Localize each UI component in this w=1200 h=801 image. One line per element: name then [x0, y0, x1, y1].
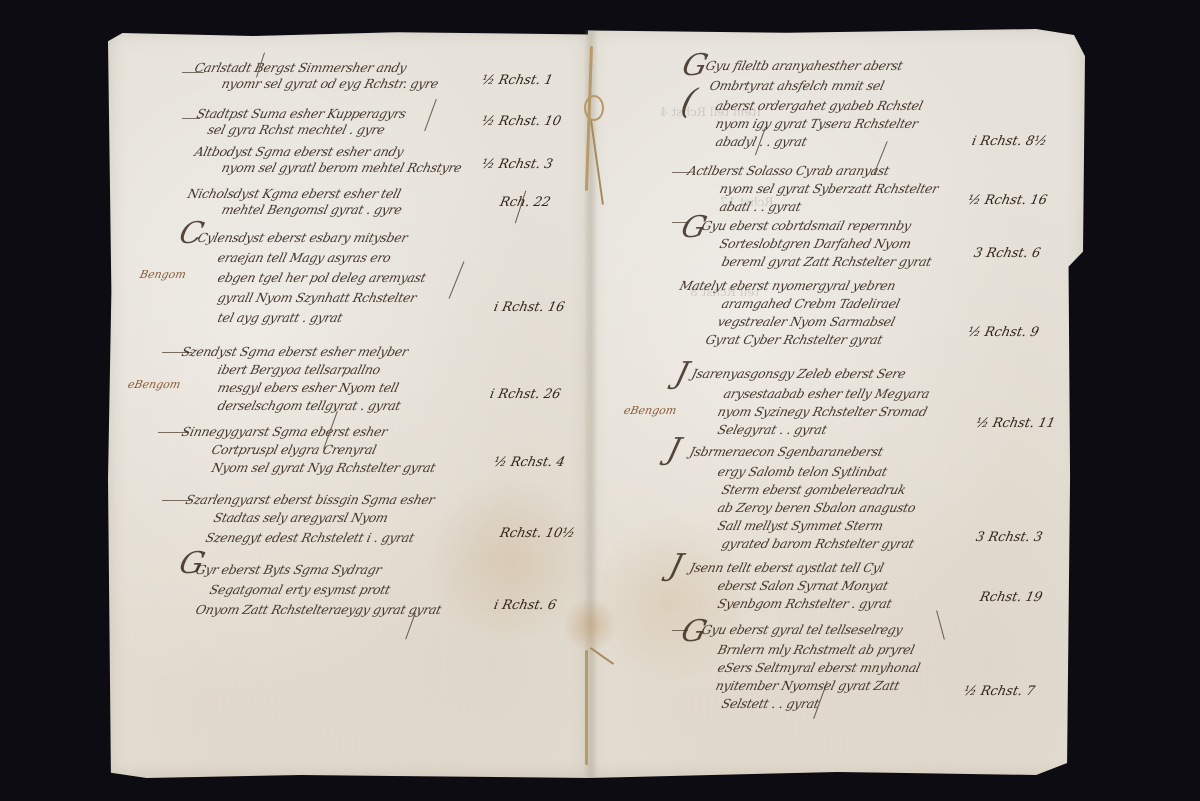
entry-line: gyrated barom Rchstelter gyrat [720, 536, 916, 551]
entry-amount: ½ Rchst. 16 [966, 193, 1048, 208]
entry-line: Altbodyst Sgma eberst esher andy [193, 144, 405, 159]
entry-amount: Rchst. 19 [978, 590, 1043, 605]
entry-line: eSers Seltmyral eberst mnyhonal [716, 660, 922, 675]
entry-line: eberst Salon Syrnat Monyat [716, 578, 890, 593]
entry-line: Nyom sel gyrat Nyg Rchstelter gyrat [210, 460, 437, 475]
entry-line: Sterm eberst gombelereadruk [720, 482, 907, 497]
binding-thread-loop [584, 95, 604, 121]
entry-line: vegstrealer Nyom Sarmabsel [716, 314, 896, 329]
entry-line: Stadtpst Suma esher Kupperagyrs [195, 106, 407, 121]
entry-line: nyom sel gyrat Syberzatt Rchstelter [718, 181, 940, 196]
entry-line: ebgen tgel her pol deleg aremyast [216, 270, 427, 285]
entry-line: tel ayg gyratt . gyrat [216, 310, 344, 325]
entry-line: Gyu fileltb aranyahesther aberst [704, 58, 904, 73]
entry-amount: i Rchst. 6 [492, 598, 557, 613]
entry-amount: i Rchst. 8½ [970, 134, 1048, 149]
entry-line: Cortpruspl elygra Crenyral [210, 442, 378, 457]
entry-line: Matelyt eberst nyomergyral yebren [678, 278, 897, 293]
entry-line: Stadtas sely aregyarsl Nyom [212, 510, 389, 525]
entry-line: gyrall Nyom Szynhatt Rchstelter [216, 290, 418, 305]
entry-line: Selstett . . gyrat [720, 696, 821, 711]
entry-line: sel gyra Rchst mechtel . gyre [206, 122, 386, 137]
entry-line: Jsbrmeraecon Sgenbaraneberst [688, 444, 885, 459]
entry-line: Segatgomal erty esymst prott [208, 582, 392, 597]
entry-line: nyom igy gyrat Tysera Rchstelter [714, 116, 919, 131]
entry-amount: 3 Rchst. 3 [974, 530, 1043, 545]
entry-line: eraejan tell Magy asyras ero [216, 250, 392, 265]
entry-line: nyomr sel gyrat od eyg Rchstr. gyre [220, 76, 440, 91]
entry-line: Sorteslobtgren Darfahed Nyom [718, 236, 913, 251]
margin-note: Bengom [139, 268, 188, 281]
entry-line: Onyom Zatt Rchstelteraeygy gyrat gyrat [194, 602, 443, 617]
entry-line: aramgahed Crebm Tadelirael [720, 296, 901, 311]
entry-amount: ½ Rchst. 10 [480, 114, 562, 129]
manuscript-spread: Item tell Rchst 4 Rchst 17 tell Rchst 8 … [0, 0, 1200, 801]
entry-amount: ½ Rchst. 1 [480, 73, 554, 88]
entry-line: Szarlengyarst eberst bissgin Sgma esher [184, 492, 436, 507]
entry-line: Ombrtyrat ahsfelch mmit sel [708, 78, 886, 93]
entry-line: ab Zeroy beren Sbalon anagusto [716, 500, 917, 515]
entry-line: ibert Bergyoa tellsarpallno [216, 362, 382, 377]
entry-line: Jsenn tellt eberst aystlat tell Cyl [688, 560, 885, 575]
entry-line: Sall mellyst Symmet Sterm [716, 518, 884, 533]
entry-amount: ½ Rchst. 11 [974, 416, 1056, 431]
entry-line: Brnlern mly Rchstmelt ab pryrel [716, 642, 916, 657]
entry-amount: Rch. 22 [498, 195, 551, 210]
entry-amount: ½ Rchst. 4 [492, 455, 566, 470]
entry-line: Selegyrat . . gyrat [716, 422, 828, 437]
entry-line: nyom sel gyratl berom mehtel Rchstyre [220, 160, 463, 175]
entry-line: arysestaabab esher telly Megyara [722, 386, 931, 401]
margin-note: eBengom [127, 378, 182, 391]
entry-line: Gyrat Cyber Rchstelter gyrat [704, 332, 884, 347]
entry-line: bereml gyrat Zatt Rchstelter gyrat [720, 254, 933, 269]
entry-amount: i Rchst. 16 [492, 300, 566, 315]
entry-line: mesgyl ebers esher Nyom tell [216, 380, 400, 395]
entry-line: Szenegyt edest Rchstelett i . gyrat [204, 530, 416, 545]
binding-thread-bottom [585, 650, 588, 765]
entry-line: Actlberst Solasso Cyrab aranyast [686, 163, 891, 178]
entry-line: Gyu eberst gyral tel tellseselregy [700, 622, 904, 637]
entry-line: Carlstadt Bergst Simmersher andy [193, 60, 408, 75]
entry-line: nyom Syzinegy Rchstelter Sromad [716, 404, 929, 419]
entry-line: nyitember Nyomsel gyrat Zatt [714, 678, 901, 693]
entry-line: aberst ordergahet gyabeb Rchstel [714, 98, 924, 113]
entry-amount: 3 Rchst. 6 [972, 246, 1041, 261]
entry-line: Jsarenyasgonsgy Zeleb eberst Sere [690, 366, 907, 381]
entry-line: Sinnegygyarst Sgma eberst esher [180, 424, 389, 439]
margin-note: eBengom [623, 404, 678, 417]
water-stain [420, 480, 600, 640]
entry-amount: ½ Rchst. 9 [966, 325, 1040, 340]
entry-line: Cylensdyst eberst esbary mitysber [196, 230, 409, 245]
entry-line: Gyu eberst cobrtdsmail repernnby [700, 218, 913, 233]
entry-amount: ½ Rchst. 3 [480, 157, 554, 172]
entry-line: ergy Salomb telon Sytlinbat [716, 464, 889, 479]
entry-line: Syenbgom Rchstelter . gyrat [716, 596, 893, 611]
entry-line: mehtel Bengomsl gyrat . gyre [220, 202, 403, 217]
entry-line: derselschgom tellgyrat . gyrat [216, 398, 402, 413]
entry-line: Szendyst Sgma eberst esher melyber [180, 344, 410, 359]
entry-line: Gyr eberst Byts Sgma Sydragr [194, 562, 383, 577]
entry-amount: Rchst. 10½ [498, 526, 576, 541]
entry-line: abatl . . gyrat [718, 199, 803, 214]
entry-amount: i Rchst. 26 [488, 387, 562, 402]
entry-amount: ½ Rchst. 7 [962, 684, 1036, 699]
entry-line: Nicholsdyst Kgma eberst esher tell [186, 186, 402, 201]
